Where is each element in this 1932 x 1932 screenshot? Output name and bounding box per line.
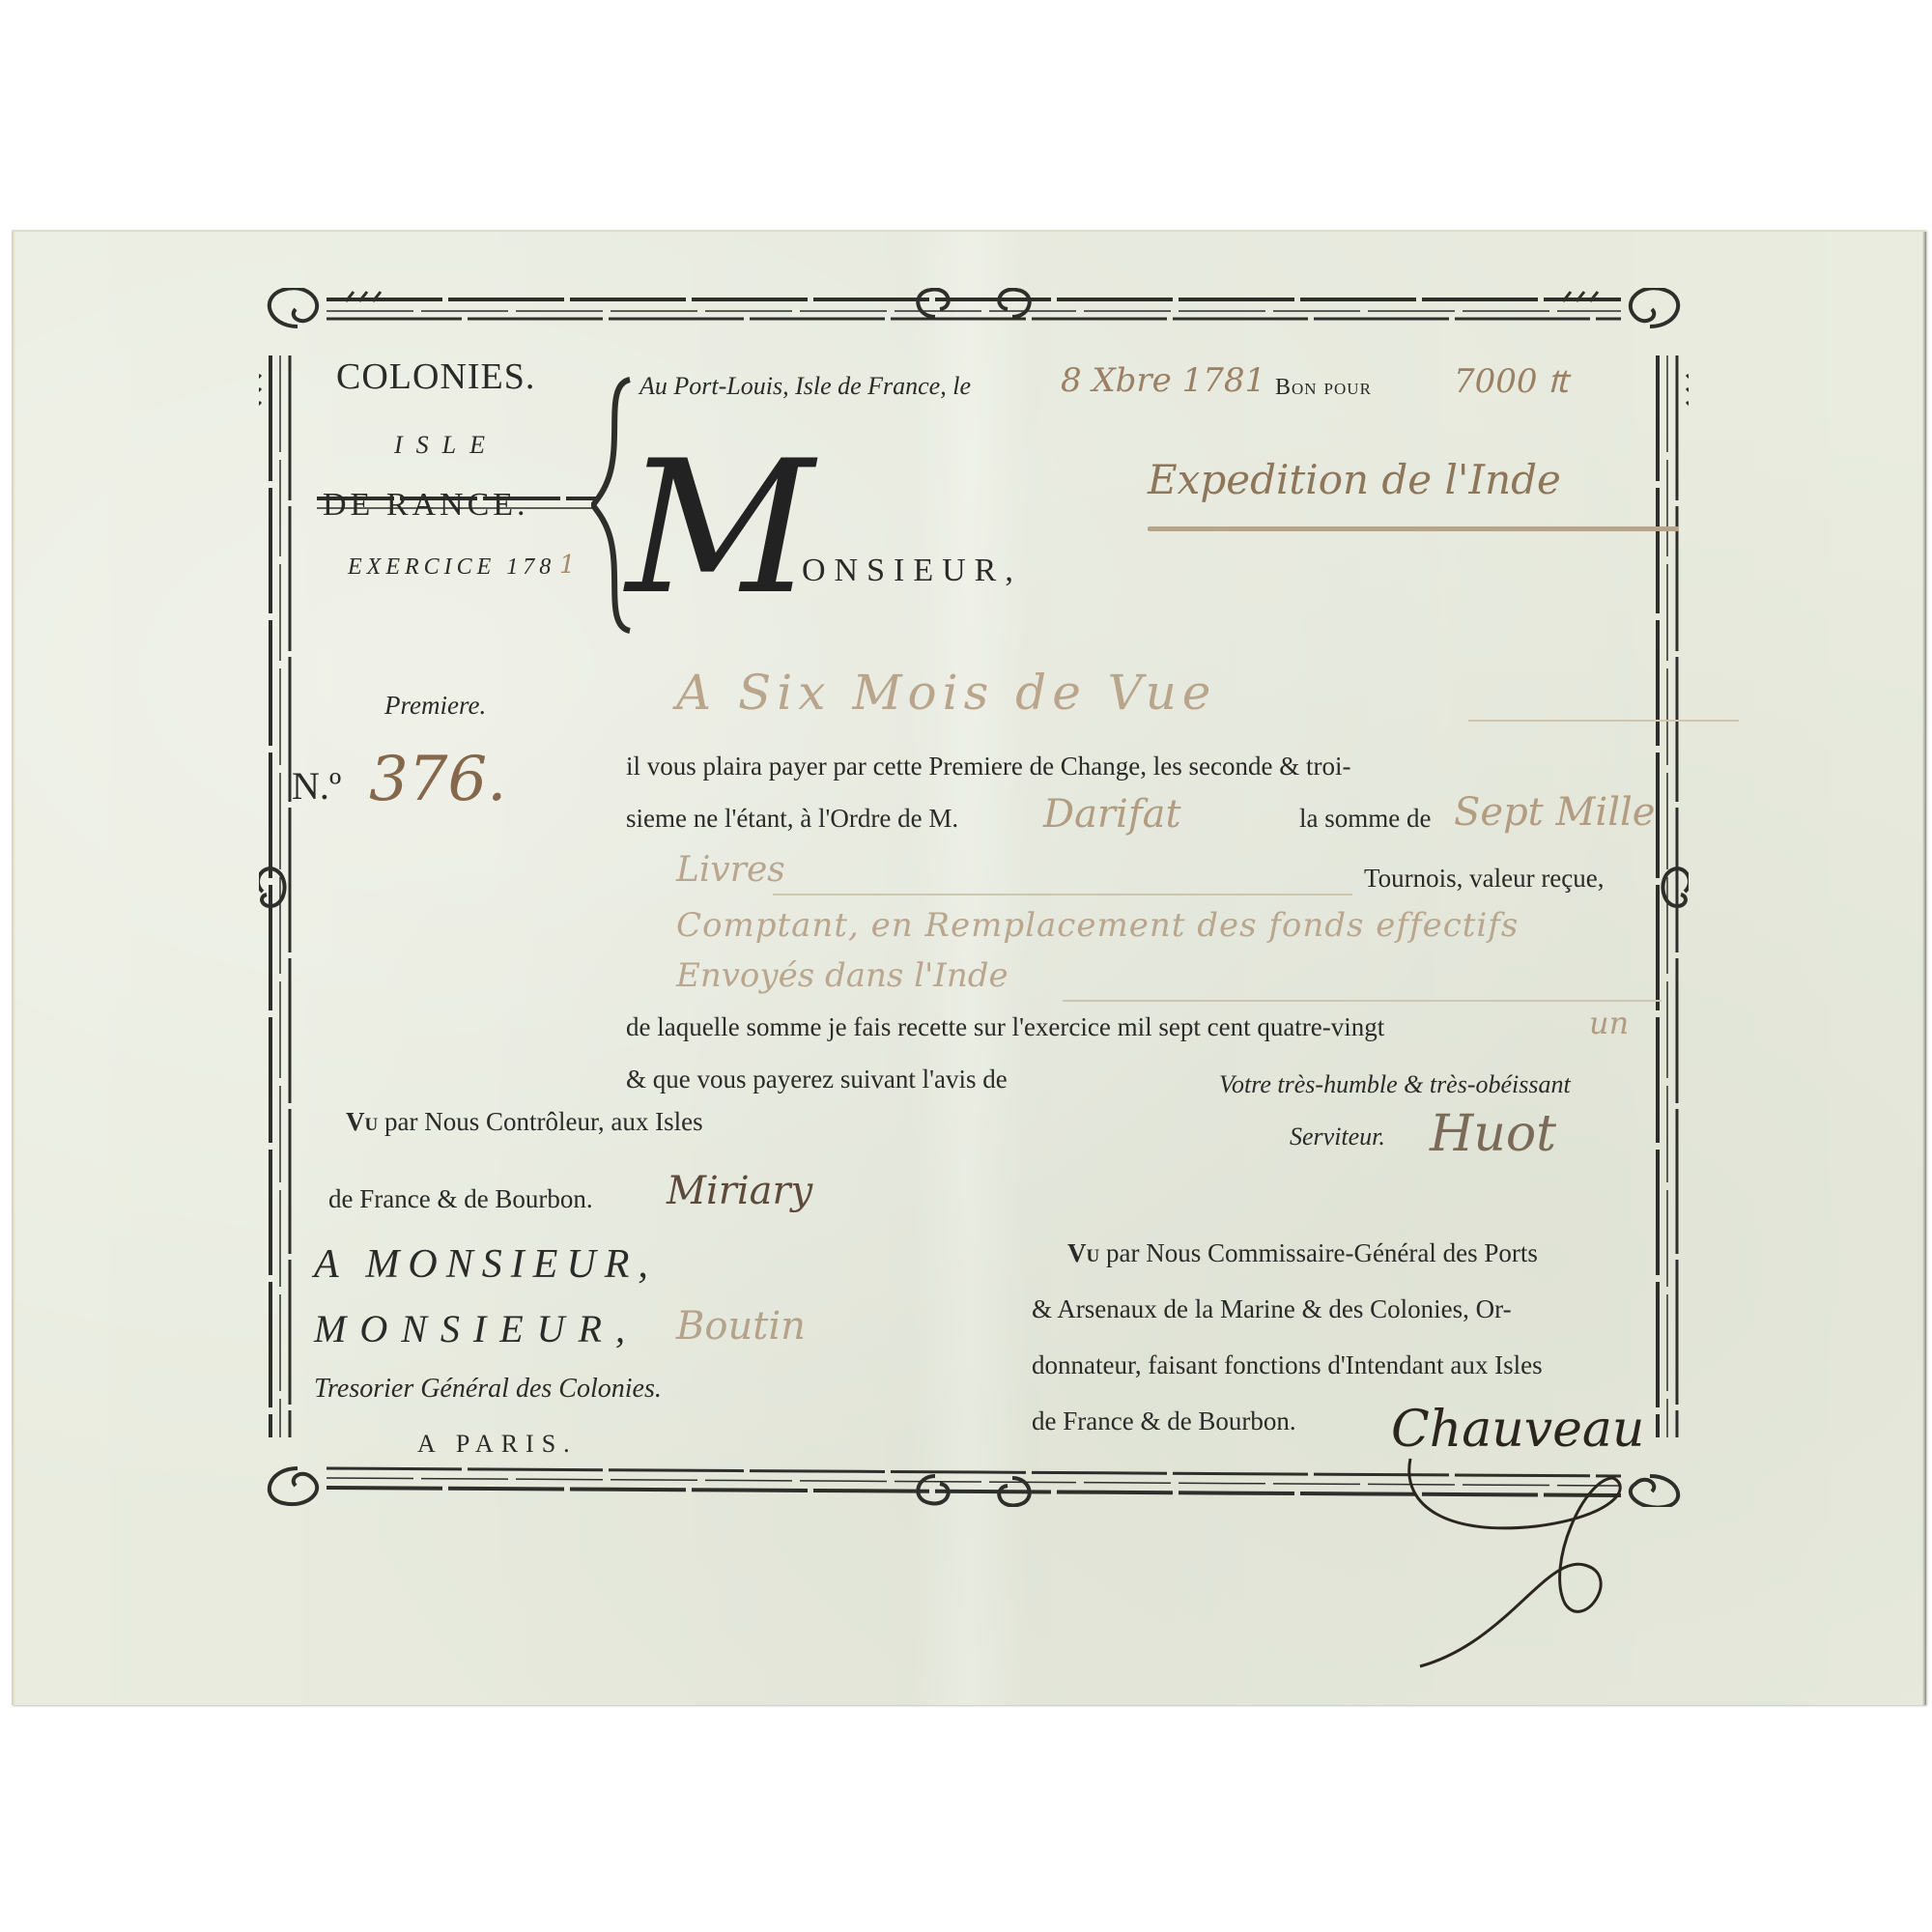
salutation-rest: ONSIEUR, [802, 553, 1022, 589]
premiere-label: Premiere. [384, 691, 486, 721]
controleur-line-1: Vu par Nous Contrôleur, aux Isles [346, 1107, 703, 1137]
number-label: N.º [292, 763, 341, 809]
header-island: DE RANCE. [323, 487, 529, 524]
date-handwritten: 8 Xbre 1781 [1061, 361, 1265, 400]
closing-line-1: Votre très-humble & très-obéissant [1219, 1070, 1571, 1099]
addressee-name-handwritten: Boutin [676, 1304, 806, 1349]
addressee-line-1: A MONSIEUR, [314, 1241, 657, 1288]
livres-rule [773, 894, 1352, 895]
body-line-5: de laquelle somme je fais recette sur l'… [626, 1012, 1384, 1042]
body-line-1: il vous plaira payer par cette Premiere … [626, 752, 1350, 781]
tournois-text: Tournois, valeur reçue, [1364, 864, 1605, 894]
paper-edge-right [1922, 232, 1926, 1705]
body-line-2-start: sieme ne l'étant, à l'Ordre de M. [626, 804, 958, 834]
place-line: Au Port-Louis, Isle de France, le [639, 372, 971, 401]
signature-miriary: Miriary [667, 1169, 812, 1213]
bon-pour-label: Bon pour [1275, 375, 1372, 401]
value-rule [1063, 1000, 1662, 1002]
annotation-underline [1148, 526, 1679, 531]
paper-edge-left [12, 232, 15, 1705]
vu-label: Vu [346, 1107, 378, 1136]
exercice-year-handwritten: 1 [559, 551, 576, 580]
header-isle: ISLE [394, 431, 498, 460]
term-handwritten: A Six Mois de Vue [676, 665, 1216, 721]
payee-handwritten: Darifat [1043, 792, 1181, 837]
commissaire-line-3: donnateur, faisant fonctions d'Intendant… [1032, 1350, 1543, 1380]
controleur-line-2: de France & de Bourbon. [328, 1184, 593, 1214]
header-colonies: COLONIES. [336, 355, 535, 398]
closing-line-2: Serviteur. [1290, 1122, 1385, 1151]
vu-label: Vu [1067, 1238, 1099, 1267]
salutation-initial: M [626, 437, 814, 620]
sum-handwritten-1: Sept Mille [1454, 790, 1655, 835]
commissaire-line-2: & Arsenaux de la Marine & des Colonies, … [1032, 1294, 1512, 1324]
sum-handwritten-2: Livres [676, 850, 785, 890]
addressee-line-2: MONSIEUR, [314, 1306, 639, 1351]
value-handwritten-2: Envoyés dans l'Inde [676, 956, 1009, 995]
number-handwritten: 376. [369, 744, 507, 815]
term-rule [1468, 720, 1739, 722]
addressee-title: Tresorier Général des Colonies. [314, 1374, 662, 1405]
controleur-text: par Nous Contrôleur, aux Isles [384, 1107, 703, 1136]
value-handwritten-1: Comptant, en Remplacement des fonds effe… [676, 906, 1519, 945]
signature-flourish-icon [1391, 1449, 1681, 1671]
year-word-handwritten: un [1589, 1005, 1629, 1041]
commissaire-line-4: de France & de Bourbon. [1032, 1406, 1296, 1436]
body-line-6: & que vous payerez suivant l'avis de [626, 1065, 1008, 1094]
commissaire-text: par Nous Commissaire-Général des Ports [1106, 1238, 1538, 1267]
amount-handwritten: 7000 ₶ [1454, 357, 1568, 402]
body-line-2-mid: la somme de [1299, 804, 1431, 834]
signature-huot: Huot [1430, 1105, 1556, 1163]
commissaire-line-1: Vu par Nous Commissaire-Général des Port… [1067, 1238, 1538, 1268]
annotation-expedition: Expedition de l'Inde [1148, 456, 1561, 503]
addressee-city: A PARIS. [417, 1430, 578, 1459]
header-exercice: EXERCICE 178 [348, 554, 555, 581]
